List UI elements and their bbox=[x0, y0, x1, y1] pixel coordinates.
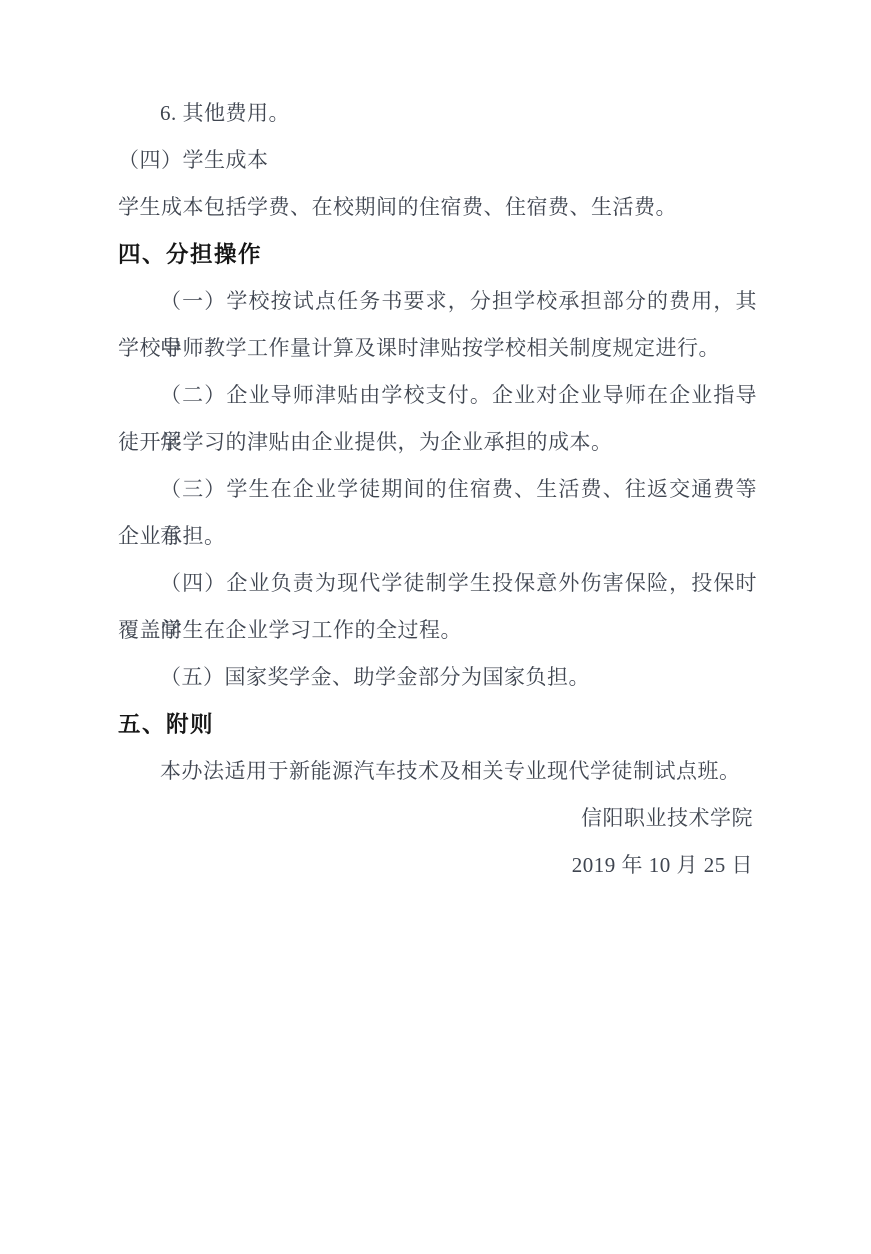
document-line: 四、分担操作 bbox=[118, 231, 757, 278]
document-line: 信阳职业技术学院 bbox=[118, 795, 757, 842]
document-line: 覆盖学生在企业学习工作的全过程。 bbox=[118, 607, 757, 654]
document-line: （三）学生在企业学徒期间的住宿费、生活费、往返交通费等有 bbox=[118, 466, 757, 513]
document-line: （四）企业负责为现代学徒制学生投保意外伤害保险，投保时间 bbox=[118, 560, 757, 607]
document-line: 五、附则 bbox=[118, 701, 757, 748]
document-line: （二）企业导师津贴由学校支付。企业对企业导师在企业指导学 bbox=[118, 372, 757, 419]
document-line: 2019 年 10 月 25 日 bbox=[118, 842, 757, 889]
document-line: （一）学校按试点任务书要求，分担学校承担部分的费用，其中 bbox=[118, 278, 757, 325]
document-content: 6. 其他费用。（四）学生成本学生成本包括学费、在校期间的住宿费、住宿费、生活费… bbox=[118, 90, 757, 889]
document-line: 徒开展学习的津贴由企业提供，为企业承担的成本。 bbox=[118, 419, 757, 466]
document-page: 6. 其他费用。（四）学生成本学生成本包括学费、在校期间的住宿费、住宿费、生活费… bbox=[0, 0, 871, 1254]
document-line: 本办法适用于新能源汽车技术及相关专业现代学徒制试点班。 bbox=[118, 748, 757, 795]
document-line: 学生成本包括学费、在校期间的住宿费、住宿费、生活费。 bbox=[118, 184, 757, 231]
document-line: 6. 其他费用。 bbox=[118, 90, 757, 137]
document-line: （四）学生成本 bbox=[118, 137, 757, 184]
document-line: 学校导师教学工作量计算及课时津贴按学校相关制度规定进行。 bbox=[118, 325, 757, 372]
document-line: （五）国家奖学金、助学金部分为国家负担。 bbox=[118, 654, 757, 701]
document-line: 企业承担。 bbox=[118, 513, 757, 560]
